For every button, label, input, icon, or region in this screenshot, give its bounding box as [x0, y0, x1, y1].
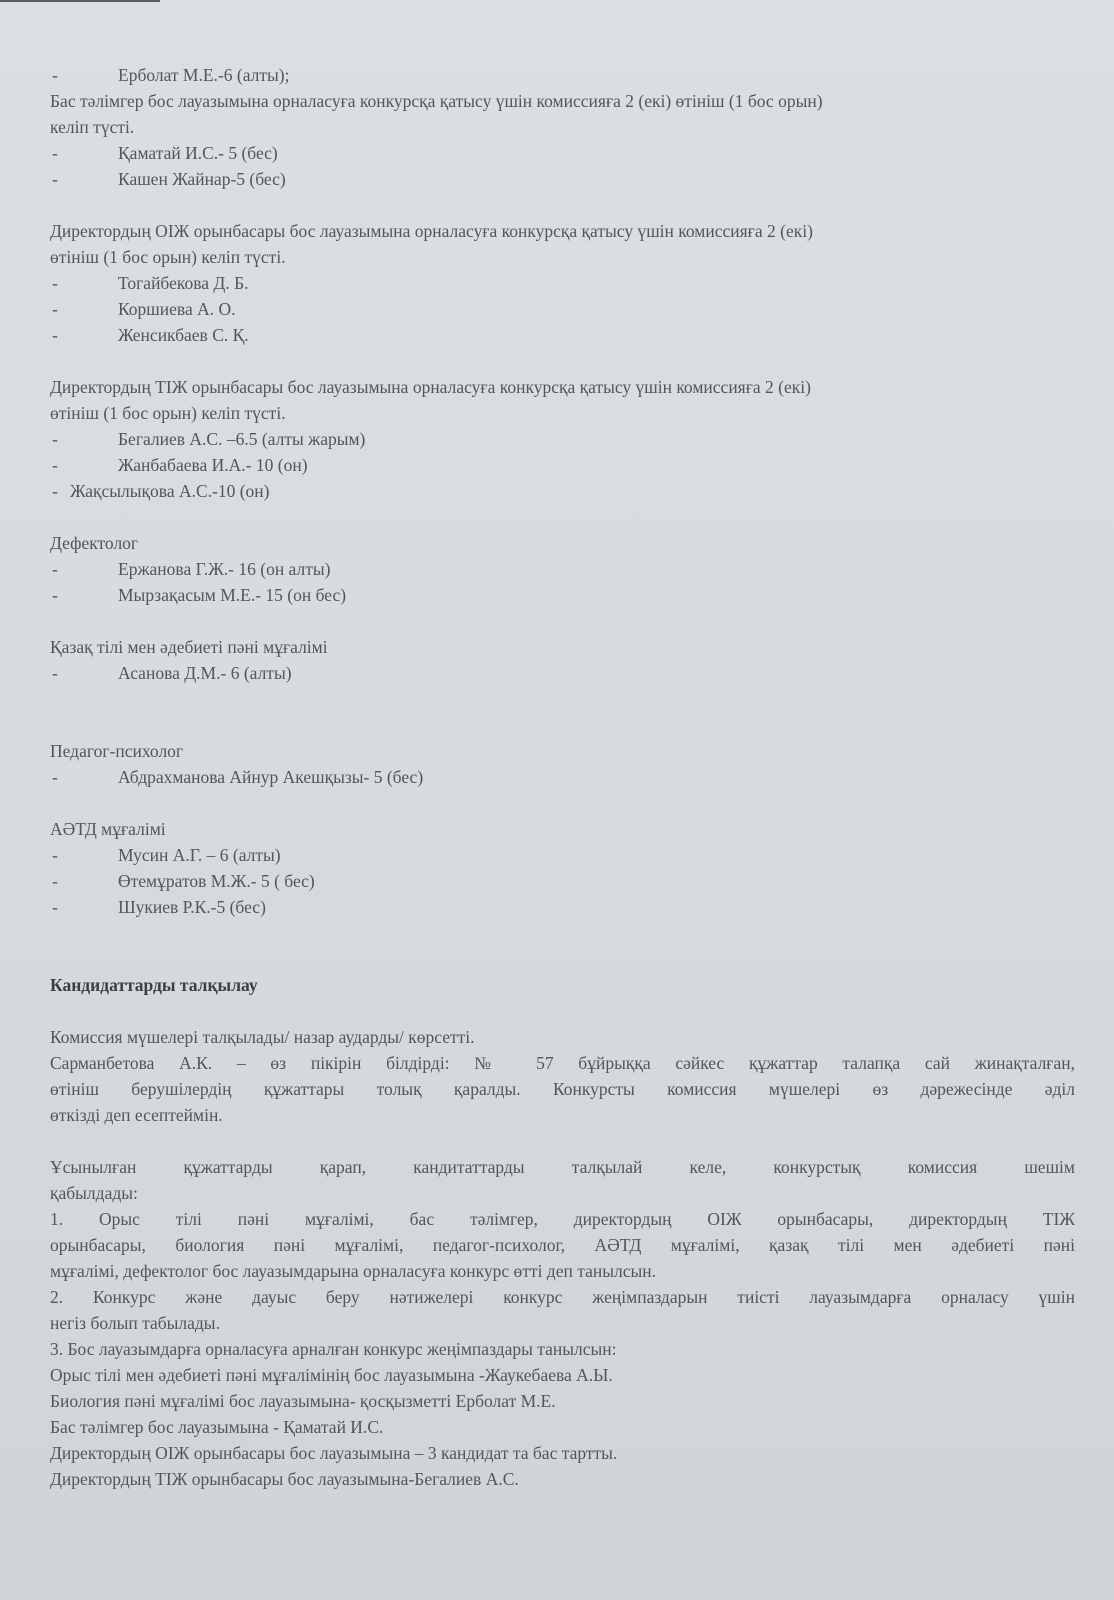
list-dash: -	[52, 426, 58, 452]
list-dash: -	[52, 452, 58, 478]
candidate-item: - Мырзақасым М.Е.- 15 (он бес)	[50, 582, 1075, 608]
list-dash: -	[52, 322, 58, 348]
winner-line: Директордың ТІЖ орынбасары бос лауазымын…	[50, 1466, 1075, 1492]
candidate-item: - Женсикбаев С. Қ.	[50, 322, 1075, 348]
list-dash: -	[52, 296, 58, 322]
decision-line: Ұсынылған құжаттарды қарап, кандитаттард…	[50, 1154, 1075, 1180]
candidate-item: - Ерболат М.Е.-6 (алты);	[50, 62, 1075, 88]
section-intro: Бас тәлімгер бос лауазымына орналасуға к…	[50, 88, 1075, 114]
section-intro-cont: өтініш (1 бос орын) келіп түсті.	[50, 400, 1075, 426]
decision-line: 2. Конкурс және дауыс беру нәтижелері ко…	[50, 1284, 1075, 1310]
decision-line: 3. Бос лауазымдарға орналасуға арналған …	[50, 1336, 1075, 1362]
candidate-item: - Өтемұратов М.Ж.- 5 ( бес)	[50, 868, 1075, 894]
list-dash: -	[52, 140, 58, 166]
decision-line: орынбасары, биология пәні мұғалімі, педа…	[50, 1232, 1075, 1258]
decision-line: қабылдады:	[50, 1180, 1075, 1206]
candidate-item: - Жанбабаева И.А.- 10 (он)	[50, 452, 1075, 478]
list-dash: -	[52, 270, 58, 296]
list-dash: -	[52, 868, 58, 894]
section-intro: Директордың ОІЖ орынбасары бос лауазымын…	[50, 218, 1075, 244]
candidate-item: - Абдрахманова Айнур Акешқызы- 5 (бес)	[50, 764, 1075, 790]
candidate-item: - Жақсылықова А.С.-10 (он)	[50, 478, 1075, 504]
list-dash: -	[52, 582, 58, 608]
candidate-item: - Бегалиев А.С. –6.5 (алты жарым)	[50, 426, 1075, 452]
section-title: Дефектолог	[50, 530, 1075, 556]
decision-line: негіз болып табылады.	[50, 1310, 1075, 1336]
list-dash: -	[52, 894, 58, 920]
opinion-line: өтініш берушілердің құжаттары толық қара…	[50, 1076, 1075, 1102]
photo-edge	[0, 0, 160, 2]
candidate-item: - Қаматай И.С.- 5 (бес)	[50, 140, 1075, 166]
section-intro-cont: келіп түсті.	[50, 114, 1075, 140]
section-title: Педагог-психолог	[50, 738, 1075, 764]
document-page: - Ерболат М.Е.-6 (алты); Бас тәлімгер бо…	[50, 62, 1075, 1492]
decision-line: мұғалімі, дефектолог бос лауазымдарына о…	[50, 1258, 1075, 1284]
list-dash: -	[52, 62, 58, 88]
section-title: АӘТД мұғалімі	[50, 816, 1075, 842]
opinion-line: Сарманбетова А.К. – өз пікірін білдірді:…	[50, 1050, 1075, 1076]
candidate-item: - Коршиева А. О.	[50, 296, 1075, 322]
section-intro: Директордың ТІЖ орынбасары бос лауазымын…	[50, 374, 1075, 400]
candidate-item: - Тогайбекова Д. Б.	[50, 270, 1075, 296]
opinion-line: өткізді деп есептеймін.	[50, 1102, 1075, 1128]
list-dash: -	[52, 556, 58, 582]
section-title: Қазақ тілі мен әдебиеті пәні мұғалімі	[50, 634, 1075, 660]
winner-line: Биология пәні мұғалімі бос лауазымына- қ…	[50, 1388, 1075, 1414]
list-dash: -	[52, 660, 58, 686]
candidate-item: - Асанова Д.М.- 6 (алты)	[50, 660, 1075, 686]
candidate-item: - Ержанова Г.Ж.- 16 (он алты)	[50, 556, 1075, 582]
list-dash: -	[52, 764, 58, 790]
discussion-line: Комиссия мүшелері талқылады/ назар аудар…	[50, 1024, 1075, 1050]
list-dash: -	[52, 842, 58, 868]
candidate-item: - Кашен Жайнар-5 (бес)	[50, 166, 1075, 192]
discussion-heading: Кандидаттарды талқылау	[50, 972, 1075, 998]
list-dash: -	[52, 166, 58, 192]
decision-line: 1. Орыс тілі пәні мұғалімі, бас тәлімгер…	[50, 1206, 1075, 1232]
candidate-item: - Мусин А.Г. – 6 (алты)	[50, 842, 1075, 868]
winner-line: Директордың ОІЖ орынбасары бос лауазымын…	[50, 1440, 1075, 1466]
candidate-item: - Шукиев Р.К.-5 (бес)	[50, 894, 1075, 920]
winner-line: Орыс тілі мен әдебиеті пәні мұғалімінің …	[50, 1362, 1075, 1388]
winner-line: Бас тәлімгер бос лауазымына - Қаматай И.…	[50, 1414, 1075, 1440]
list-dash: -	[52, 478, 58, 504]
section-intro-cont: өтініш (1 бос орын) келіп түсті.	[50, 244, 1075, 270]
